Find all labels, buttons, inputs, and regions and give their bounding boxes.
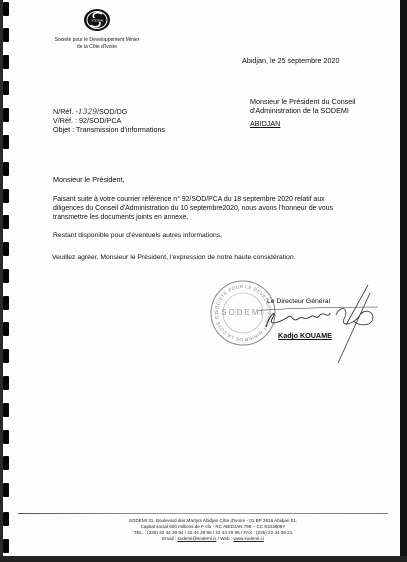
company-name-line2: de la Côte d'Ivoire bbox=[47, 44, 147, 51]
scan-mark bbox=[3, 189, 9, 203]
your-reference-label: V/Réf. bbox=[53, 116, 73, 125]
footer-email-label: Email : bbox=[162, 536, 176, 541]
scan-mark bbox=[3, 483, 9, 497]
scan-mark bbox=[3, 349, 9, 363]
scan-mark bbox=[3, 108, 9, 122]
scan-mark bbox=[3, 376, 9, 390]
date-line: Abidjan, le 25 septembre 2020 bbox=[242, 56, 340, 65]
scan-mark bbox=[3, 242, 9, 256]
scan-mark bbox=[3, 215, 9, 229]
scan-mark bbox=[3, 403, 9, 417]
document-page: SODEMI Société pour le Développement Min… bbox=[3, 0, 400, 556]
body-paragraph-2: Restant disponible pour d'éventuels autr… bbox=[53, 232, 222, 241]
our-reference-label: N/Réf. bbox=[53, 107, 73, 116]
recipient-line2: d'Administration de la SODEMI bbox=[250, 106, 349, 115]
svg-text:SODEMI: SODEMI bbox=[91, 18, 103, 22]
scan-mark bbox=[3, 512, 9, 526]
scan-mark bbox=[3, 296, 9, 310]
your-reference-value: : 92/SOD/PCA bbox=[75, 116, 121, 125]
scan-mark bbox=[3, 55, 9, 69]
closing-formula: Veuillez agréer, Monsieur le Président, … bbox=[52, 254, 296, 263]
signatory-name: Kadjo KOUAME bbox=[278, 331, 332, 340]
scan-mark bbox=[3, 135, 9, 149]
sodemi-logo-icon: SODEMI bbox=[83, 8, 111, 32]
scan-mark bbox=[3, 322, 9, 336]
viewer-bottom-bar bbox=[0, 556, 407, 562]
our-reference: N/Réf. -1329/SOD/DG bbox=[53, 107, 127, 116]
footer-email-link[interactable]: sodemi@sodemi.ci bbox=[178, 536, 217, 541]
recipient-line1: Monsieur le Président du Conseil bbox=[250, 97, 355, 106]
footer: SODEMI 31, Boulevard des Martyrs Abidjan… bbox=[63, 518, 363, 542]
footer-web-link[interactable]: www.sodemi.ci bbox=[233, 536, 263, 541]
your-reference: V/Réf. : 92/SOD/PCA bbox=[53, 116, 121, 125]
signatory-title: Le Directeur Général bbox=[267, 298, 330, 307]
company-name-line1: Société pour le Développement Minier bbox=[47, 37, 147, 44]
scan-mark bbox=[3, 162, 9, 176]
scan-mark bbox=[3, 430, 9, 444]
scan-mark bbox=[3, 81, 9, 95]
body-paragraph-1: Faisant suite à votre courrier référence… bbox=[53, 196, 353, 222]
scan-mark bbox=[3, 28, 9, 42]
footer-contact: Email : sodemi@sodemi.ci / Web : www.sod… bbox=[63, 536, 363, 542]
our-reference-handwritten: -1329 bbox=[75, 107, 97, 116]
our-reference-suffix: /SOD/DG bbox=[97, 107, 127, 116]
subject: Objet : Transmission d'informations bbox=[53, 125, 165, 134]
subject-label: Objet bbox=[53, 125, 70, 134]
scan-mark bbox=[3, 539, 9, 553]
footer-divider bbox=[18, 513, 388, 514]
viewer-right-frame bbox=[400, 0, 407, 562]
salutation: Monsieur le Président, bbox=[53, 175, 125, 184]
scan-mark bbox=[3, 2, 9, 16]
company-name: Société pour le Développement Minier de … bbox=[47, 37, 147, 51]
subject-value: : Transmission d'informations bbox=[72, 125, 165, 134]
scan-mark bbox=[3, 456, 9, 470]
recipient-city: ABIDJAN bbox=[250, 119, 280, 128]
footer-web-label: / Web : bbox=[218, 536, 232, 541]
scan-mark bbox=[3, 269, 9, 283]
